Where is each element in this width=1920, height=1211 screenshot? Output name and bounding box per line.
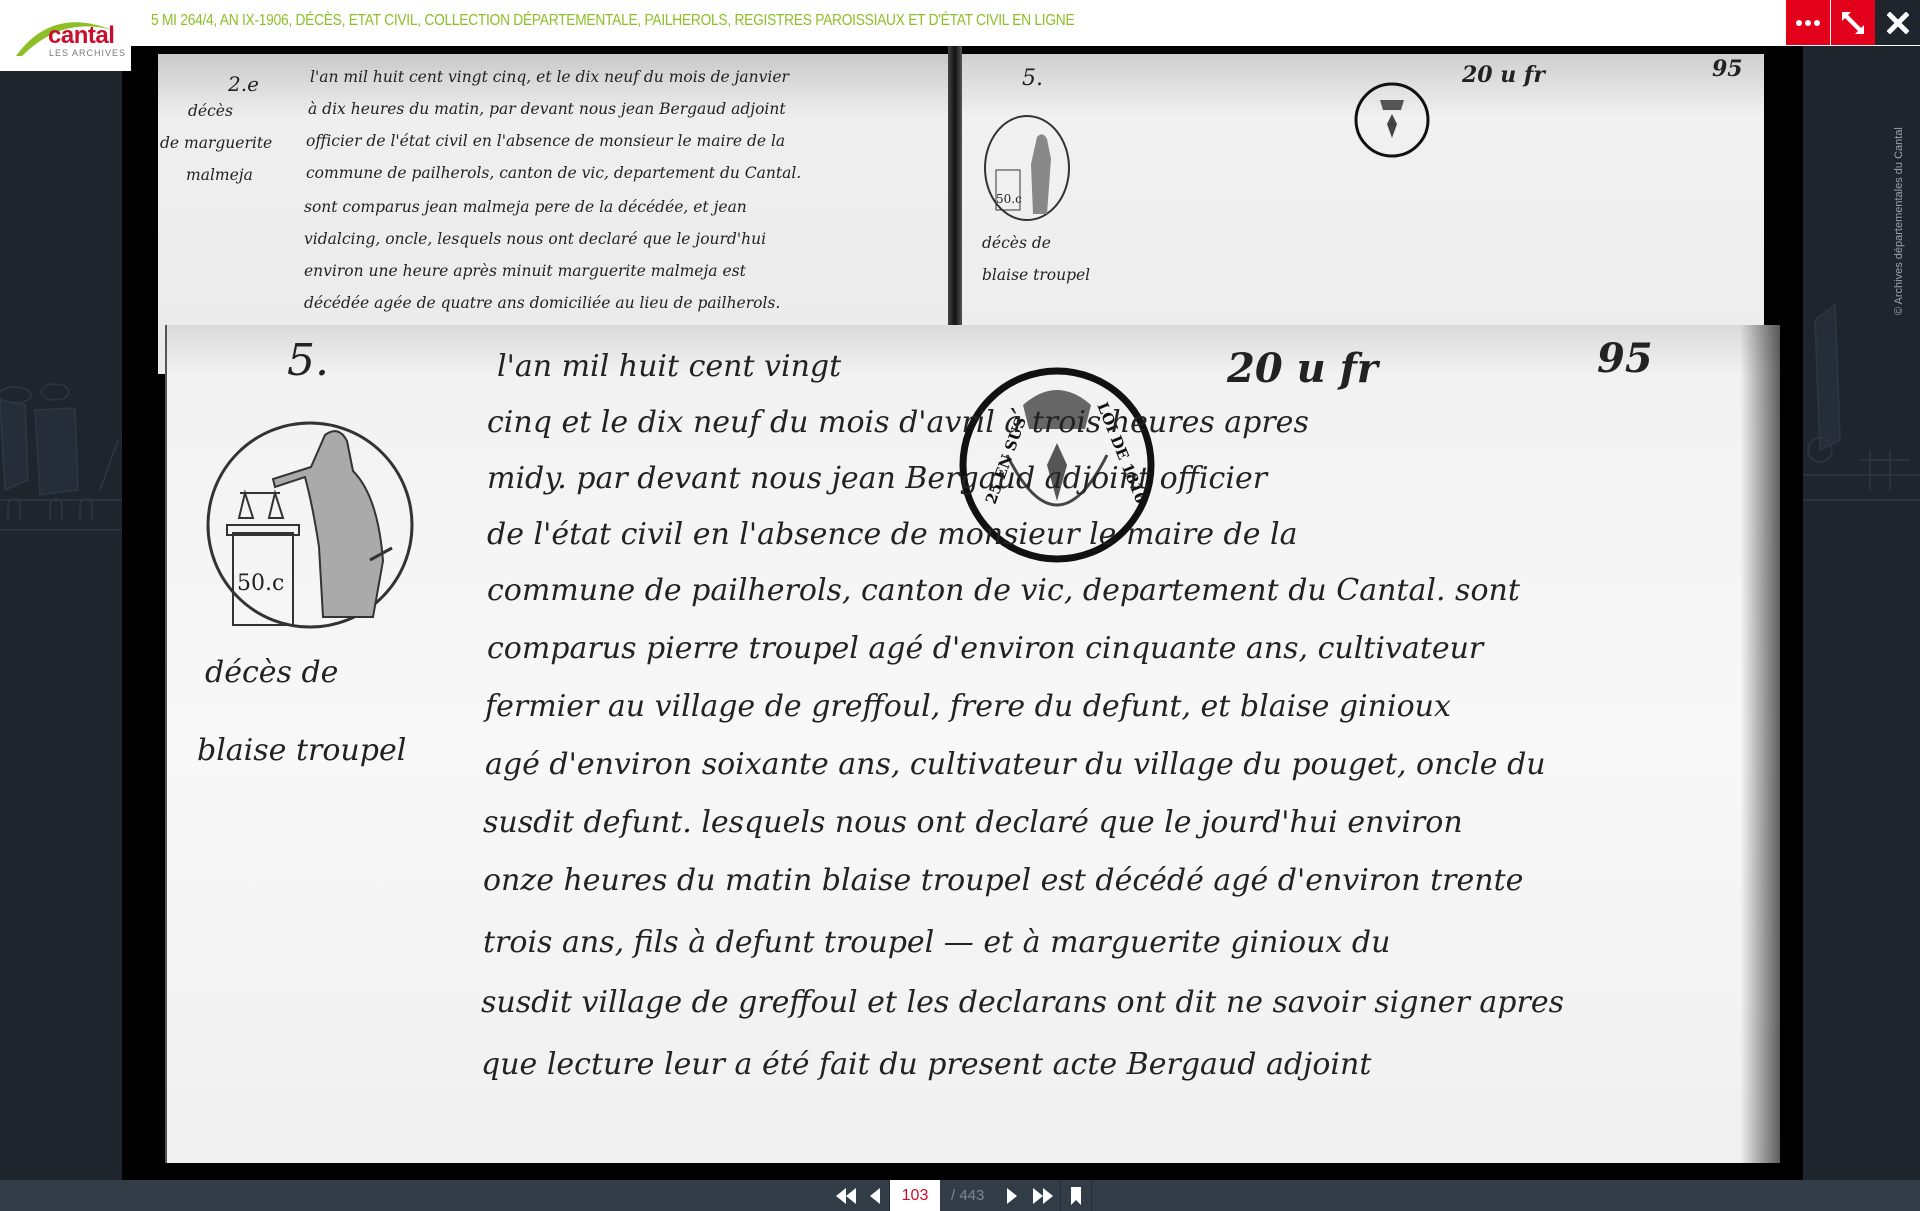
page-total: / 443 bbox=[951, 1180, 984, 1211]
text-line: de l'état civil en l'absence de monsieur… bbox=[487, 517, 1297, 552]
margin-note: blaise troupel bbox=[982, 266, 1090, 284]
text-line: officier de l'état civil en l'absence de… bbox=[306, 132, 785, 150]
text-line: vidalcing, oncle, lesquels nous ont decl… bbox=[304, 230, 766, 248]
chevron-left-icon bbox=[868, 1186, 882, 1206]
divider bbox=[1060, 1180, 1061, 1211]
margin-note: décès bbox=[188, 102, 233, 120]
text-line: susdit village de greffoul et les declar… bbox=[481, 985, 1564, 1020]
document-viewer[interactable]: 2.e décès de marguerite malmeja l'an mil… bbox=[122, 46, 1803, 1180]
text-line: fermier au village de greffoul, frere du… bbox=[485, 689, 1451, 724]
text-line: onze heures du matin blaise troupel est … bbox=[483, 863, 1523, 898]
background-illustration-left bbox=[0, 330, 125, 540]
logo-text: cantal bbox=[48, 24, 114, 48]
margin-number: 5. bbox=[1022, 66, 1043, 91]
text-line: décédée agée de quatre ans domiciliée au… bbox=[304, 294, 780, 312]
stamp-price: 50.c bbox=[996, 192, 1022, 206]
fee-annotation: 20 u fr bbox=[1462, 62, 1545, 88]
logo-subtitle: LES ARCHIVES bbox=[49, 48, 126, 58]
text-line: environ une heure après minuit marguerit… bbox=[304, 262, 746, 280]
cantal-archives-logo[interactable]: cantal LES ARCHIVES bbox=[0, 0, 131, 71]
background-illustration-right bbox=[1800, 300, 1920, 530]
chevron-right-icon bbox=[1005, 1186, 1019, 1206]
text-line: midy. par devant nous jean Bergaud adjoi… bbox=[487, 461, 1267, 496]
text-line: que lecture leur a été fait du present a… bbox=[481, 1047, 1371, 1082]
fullscreen-button[interactable] bbox=[1831, 0, 1875, 45]
text-line: trois ans, fils à defunt troupel — et à … bbox=[483, 925, 1390, 960]
revenue-stamp-icon bbox=[205, 415, 415, 635]
bookmark-icon bbox=[1070, 1186, 1082, 1206]
close-button[interactable] bbox=[1875, 0, 1920, 45]
text-line: à dix heures du matin, par devant nous j… bbox=[308, 100, 786, 118]
first-page-button[interactable] bbox=[832, 1180, 860, 1211]
text-line: susdit defunt. lesquels nous ont declaré… bbox=[483, 805, 1463, 840]
divider bbox=[1091, 1180, 1092, 1211]
page-edge-shadow bbox=[1740, 325, 1780, 1163]
pagination-bar: 103 / 443 bbox=[0, 1180, 1920, 1211]
margin-note: de marguerite bbox=[160, 134, 272, 152]
double-chevron-left-icon bbox=[834, 1186, 858, 1206]
ellipsis-icon bbox=[1796, 20, 1820, 26]
close-icon bbox=[1887, 12, 1909, 34]
header-bar: 5 MI 264/4, AN IX-1906, DÉCÈS, ETAT CIVI… bbox=[0, 0, 1920, 46]
last-page-button[interactable] bbox=[1029, 1180, 1057, 1211]
margin-number: 5. bbox=[287, 335, 329, 386]
bookmark-button[interactable] bbox=[1064, 1180, 1088, 1211]
previous-page-button[interactable] bbox=[864, 1180, 886, 1211]
tax-seal-icon bbox=[1352, 80, 1432, 160]
margin-note: malmeja bbox=[186, 166, 253, 184]
stamp-price: 50.c bbox=[237, 571, 284, 596]
revenue-stamp-icon bbox=[982, 112, 1072, 224]
fee-annotation: 20 u fr bbox=[1227, 345, 1378, 392]
folio-number: 95 bbox=[1597, 335, 1653, 382]
document-title: 5 MI 264/4, AN IX-1906, DÉCÈS, ETAT CIVI… bbox=[151, 12, 1074, 30]
copyright-notice: © Archives départementales du Cantal bbox=[1893, 127, 1905, 315]
margin-note: décès de bbox=[982, 234, 1051, 252]
text-line: commune de pailherols, canton de vic, de… bbox=[306, 164, 801, 182]
text-line: l'an mil huit cent vingt cinq, et le dix… bbox=[310, 68, 789, 86]
margin-note: blaise troupel bbox=[197, 733, 406, 768]
margin-number: 2.e bbox=[228, 72, 259, 96]
magnified-region[interactable]: 5. 50.c décès de blaise troupel 25 EN SU… bbox=[165, 325, 1780, 1163]
text-line: sont comparus jean malmeja pere de la dé… bbox=[304, 198, 747, 216]
expand-arrows-icon bbox=[1840, 10, 1866, 36]
folio-number: 95 bbox=[1712, 56, 1743, 82]
text-line: cinq et le dix neuf du mois d'avril à tr… bbox=[487, 405, 1309, 440]
margin-note: décès de bbox=[205, 655, 338, 690]
text-line: agé d'environ soixante ans, cultivateur … bbox=[485, 747, 1546, 782]
text-line: l'an mil huit cent vingt bbox=[497, 349, 841, 384]
page-number-input[interactable]: 103 bbox=[890, 1180, 940, 1211]
more-options-button[interactable] bbox=[1786, 0, 1830, 45]
text-line: comparus pierre troupel agé d'environ ci… bbox=[487, 631, 1483, 666]
next-page-button[interactable] bbox=[1001, 1180, 1023, 1211]
text-line: commune de pailherols, canton de vic, de… bbox=[487, 573, 1520, 608]
double-chevron-right-icon bbox=[1031, 1186, 1055, 1206]
